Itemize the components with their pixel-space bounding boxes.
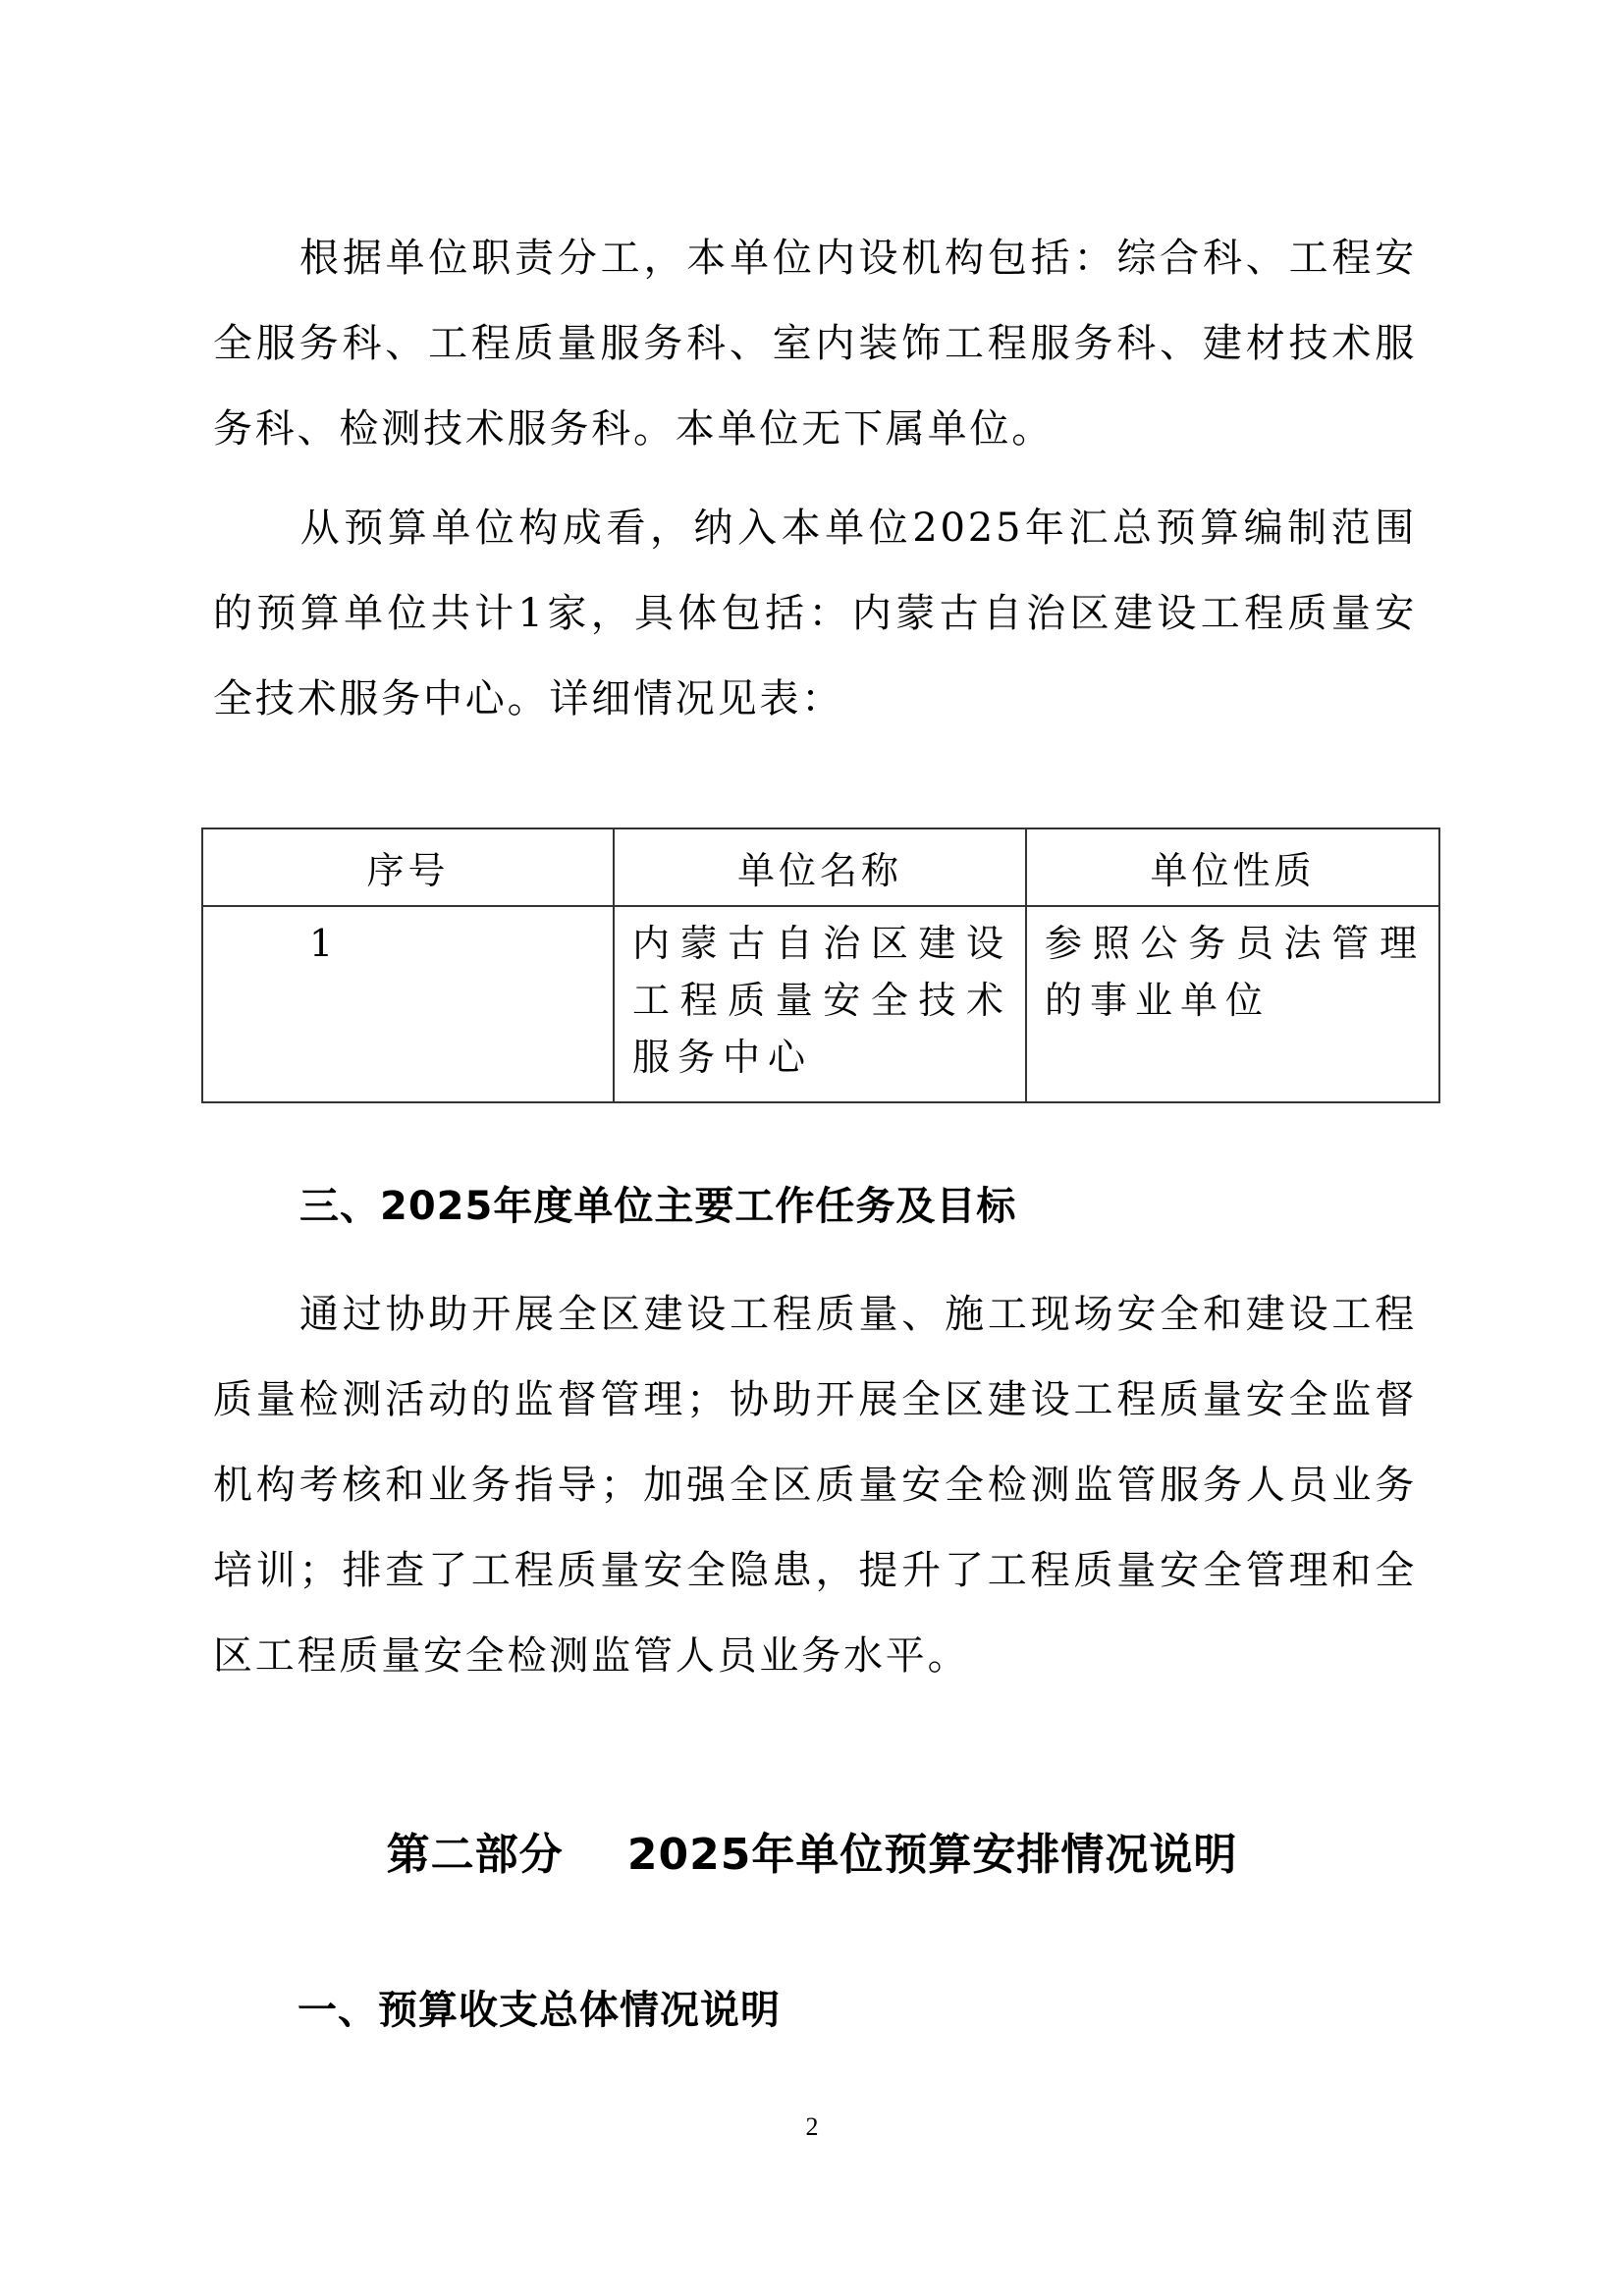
paragraph-budget-units: 从预算单位构成看，纳入本单位2025年汇总预算编制范围的预算单位共计1家，具体包… [213, 486, 1417, 742]
cell-unit-nature: 参照公务员法管理的事业单位 [1026, 906, 1439, 1102]
header-index: 序号 [202, 828, 614, 906]
document-page: 根据单位职责分工，本单位内设机构包括：综合科、工程安全服务科、工程质量服务科、室… [0, 0, 1624, 2296]
section-three-heading: 三、2025年度单位主要工作任务及目标 [299, 1177, 1016, 1236]
paragraph-text: 通过协助开展全区建设工程质量、施工现场安全和建设工程质量检测活动的监督管理；协助… [213, 1292, 1417, 1679]
paragraph-work-tasks: 通过协助开展全区建设工程质量、施工现场安全和建设工程质量检测活动的监督管理；协助… [213, 1272, 1417, 1699]
budget-units-table: 序号 单位名称 单位性质 1 内蒙古自治区建设工程质量安全技术服务中心 参照公务… [201, 828, 1440, 1103]
cell-index: 1 [202, 906, 614, 1102]
paragraph-text: 根据单位职责分工，本单位内设机构包括：综合科、工程安全服务科、工程质量服务科、室… [213, 236, 1417, 452]
table-header-row: 序号 单位名称 单位性质 [202, 828, 1439, 906]
paragraph-internal-structure: 根据单位职责分工，本单位内设机构包括：综合科、工程安全服务科、工程质量服务科、室… [213, 216, 1417, 472]
paragraph-text: 从预算单位构成看，纳入本单位2025年汇总预算编制范围的预算单位共计1家，具体包… [213, 506, 1417, 721]
section-one-heading: 一、预算收支总体情况说明 [298, 1981, 781, 2040]
header-unit-nature: 单位性质 [1026, 828, 1439, 906]
part-two-title: 第二部分 2025年单位预算安排情况说明 [0, 1826, 1624, 1885]
cell-unit-name: 内蒙古自治区建设工程质量安全技术服务中心 [614, 906, 1026, 1102]
page-number: 2 [0, 2112, 1624, 2142]
table-row: 1 内蒙古自治区建设工程质量安全技术服务中心 参照公务员法管理的事业单位 [202, 906, 1439, 1102]
header-unit-name: 单位名称 [614, 828, 1026, 906]
